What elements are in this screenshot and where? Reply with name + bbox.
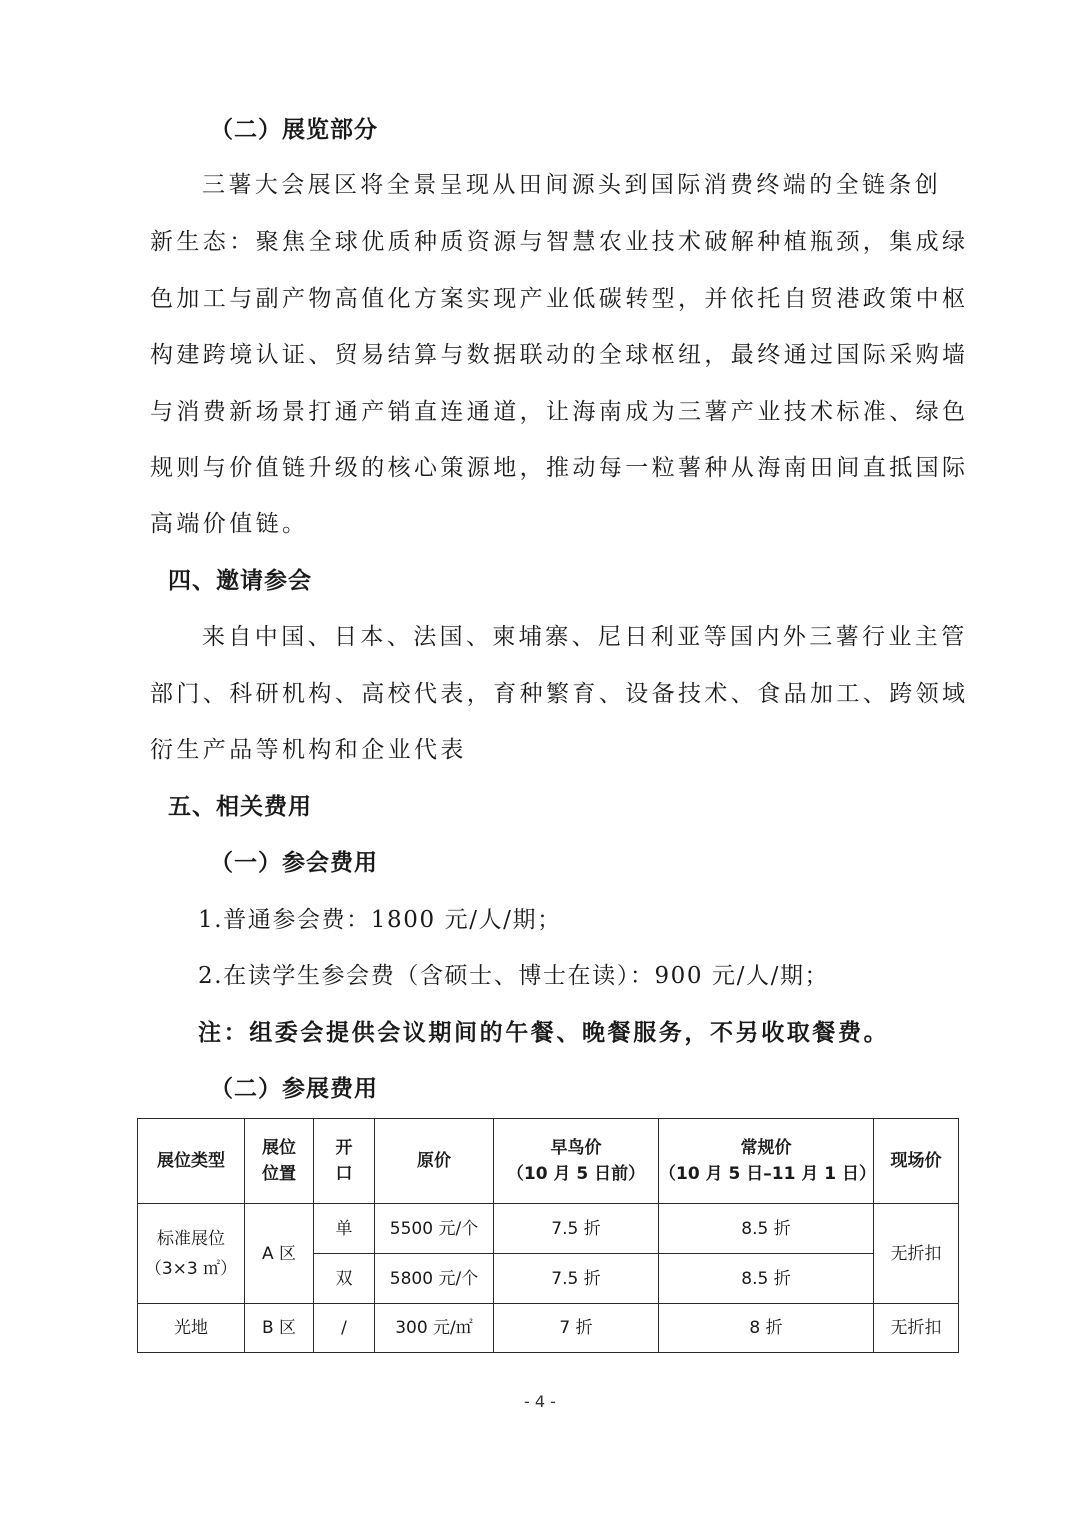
cell-location: B 区 (245, 1304, 314, 1353)
section-heading-exhibition: （二）展览部分 (210, 115, 378, 145)
paragraph-line: 三薯大会展区将全景呈现从田间源头到国际消费终端的全链条创 (202, 170, 941, 200)
cell-early-bird: 7.5 折 (494, 1204, 659, 1254)
paragraph-line: 新生态：聚焦全球优质种质资源与智慧农业技术破解种植瓶颈，集成绿 (150, 227, 968, 257)
cell-early-bird: 7 折 (494, 1304, 659, 1353)
paragraph-line: 色加工与副产物高值化方案实现产业低碳转型，并依托自贸港政策中枢 (150, 284, 968, 314)
header-onsite-price: 现场价 (874, 1119, 959, 1204)
fee-item-student: 2.在读学生参会费（含硕士、博士在读）：900 元/人/期； (198, 961, 829, 991)
section-heading-fees: 五、相关费用 (168, 792, 312, 822)
cell-onsite: 无折扣 (874, 1304, 959, 1353)
header-booth-type: 展位类型 (138, 1119, 245, 1204)
cell-original-price: 5800 元/个 (375, 1254, 494, 1304)
paragraph-line: 高端价值链。 (150, 509, 308, 539)
cell-location: A 区 (245, 1204, 314, 1304)
cell-booth-type: 光地 (138, 1304, 245, 1353)
cell-regular: 8.5 折 (659, 1254, 874, 1304)
meal-note: 注：组委会提供会议期间的午餐、晚餐服务，不另收取餐费。 (198, 1018, 889, 1048)
paragraph-line: 规则与价值链升级的核心策源地，推动每一粒薯种从海南田间直抵国际 (150, 453, 968, 483)
paragraph-line: 与消费新场景打通产销直连通道，让海南成为三薯产业技术标准、绿色 (150, 397, 968, 427)
paragraph-line: 衍生产品等机构和企业代表 (150, 735, 467, 765)
subsection-heading-attendance-fees: （一）参会费用 (210, 848, 378, 878)
page-number: - 4 - (0, 1392, 1080, 1411)
cell-original-price: 300 元/㎡ (375, 1304, 494, 1353)
header-opening: 开口 (314, 1119, 375, 1204)
table-header-row: 展位类型 展位位置 开口 原价 早鸟价（10 月 5 日前） 常规价（10 月 … (138, 1119, 959, 1204)
cell-opening: 单 (314, 1204, 375, 1254)
cell-regular: 8 折 (659, 1304, 874, 1353)
paragraph-line: 部门、科研机构、高校代表，育种繁育、设备技术、食品加工、跨领域 (150, 679, 968, 709)
header-original-price: 原价 (375, 1119, 494, 1204)
subsection-heading-exhibition-fees: （二）参展费用 (210, 1074, 378, 1104)
table-row: 标准展位（3×3 ㎡） A 区 单 5500 元/个 7.5 折 8.5 折 无… (138, 1204, 959, 1254)
cell-regular: 8.5 折 (659, 1204, 874, 1254)
cell-opening: / (314, 1304, 375, 1353)
cell-opening: 双 (314, 1254, 375, 1304)
header-booth-location: 展位位置 (245, 1119, 314, 1204)
exhibition-fee-table: 展位类型 展位位置 开口 原价 早鸟价（10 月 5 日前） 常规价（10 月 … (137, 1118, 959, 1353)
cell-original-price: 5500 元/个 (375, 1204, 494, 1254)
cell-onsite: 无折扣 (874, 1204, 959, 1304)
fee-item-regular: 1.普通参会费：1800 元/人/期； (198, 905, 562, 935)
header-regular-price: 常规价（10 月 5 日–11 月 1 日） (659, 1119, 874, 1204)
cell-booth-type: 标准展位（3×3 ㎡） (138, 1204, 245, 1304)
header-early-bird: 早鸟价（10 月 5 日前） (494, 1119, 659, 1204)
section-heading-invite: 四、邀请参会 (168, 566, 312, 596)
cell-early-bird: 7.5 折 (494, 1254, 659, 1304)
paragraph-line: 构建跨境认证、贸易结算与数据联动的全球枢纽，最终通过国际采购墙 (150, 340, 968, 370)
document-page: （二）展览部分 三薯大会展区将全景呈现从田间源头到国际消费终端的全链条创 新生态… (0, 0, 1080, 1514)
table-row: 光地 B 区 / 300 元/㎡ 7 折 8 折 无折扣 (138, 1304, 959, 1353)
paragraph-line: 来自中国、日本、法国、柬埔寨、尼日利亚等国内外三薯行业主管 (202, 622, 968, 652)
